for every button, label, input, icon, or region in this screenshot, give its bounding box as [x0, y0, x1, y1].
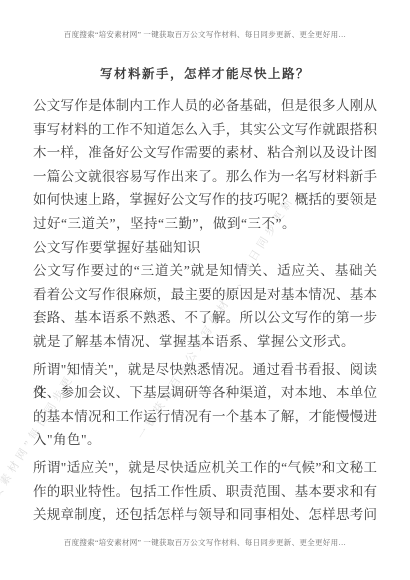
- body-line: 关规章制度，还包括怎样与领导和同事相处、怎样思考问: [33, 503, 377, 527]
- body-line: 所谓"知情关"，就是尽快熟悉情况。通过看书看报、阅读文: [33, 358, 377, 382]
- document-body: 公文写作是体制内工作人员的必备基础，但是很多人刚从事写材料的工作不知道怎么入手，…: [33, 94, 377, 527]
- body-line: 的基本情况和工作运行情况有一个基本了解，才能慢慢进: [33, 405, 377, 429]
- body-line: 木一样，准备好公文写作需要的素材、粘合剂以及设计图: [33, 141, 377, 165]
- body-line: 过好“三道关”，坚持“三勤”，做到“三不”。: [33, 212, 377, 236]
- footer-watermark-text: 百度搜索“培安素材网” 一键获取百万公文写作材料、每日同步更新、更全更好用…: [0, 537, 410, 548]
- body-line: 公文写作要掌握好基础知识: [33, 236, 377, 260]
- body-line: 件、参加会议、下基层调研等各种渠道，对本地、本单位: [33, 381, 377, 405]
- body-line: 看着公文写作很麻烦，最主要的原因是对基本情况、基本: [33, 283, 377, 307]
- page-title: 写材料新手，怎样才能尽快上路？: [0, 64, 410, 82]
- body-line: 所谓"适应关"，就是尽快适应机关工作的“气候”和文秘工: [33, 456, 377, 480]
- body-line: 套路、基本语系不熟悉、不了解。所以公文写作的第一步: [33, 306, 377, 330]
- body-line: 就是了解基本情况、掌握基本语系、掌握公文形式。: [33, 330, 377, 354]
- body-line: 公文写作要过的“三道关”就是知情关、适应关、基础关: [33, 259, 377, 283]
- body-line: 入"角色"。: [33, 428, 377, 452]
- body-line: 如何快速上路，掌握好公文写作的技巧呢？概括的要领是: [33, 188, 377, 212]
- body-line: 公文写作是体制内工作人员的必备基础，但是很多人刚从: [33, 94, 377, 118]
- body-line: 事写材料的工作不知道怎么入手，其实公文写作就跟搭积: [33, 118, 377, 142]
- header-watermark-text: 百度搜索“培安素材网” 一键获取百万公文写作材料、每日同步更新、更全更好用…: [0, 29, 410, 40]
- document-page: 一键获取百万公文写作材料、每日同步更新百度搜索“培安素材网”每日同步更新 百度搜…: [0, 0, 410, 580]
- body-line: 作的职业特性。包括工作性质、职责范围、基本要求和有: [33, 480, 377, 504]
- body-line: 一篇公文就很容易写作出来了。那么作为一名写材料新手: [33, 165, 377, 189]
